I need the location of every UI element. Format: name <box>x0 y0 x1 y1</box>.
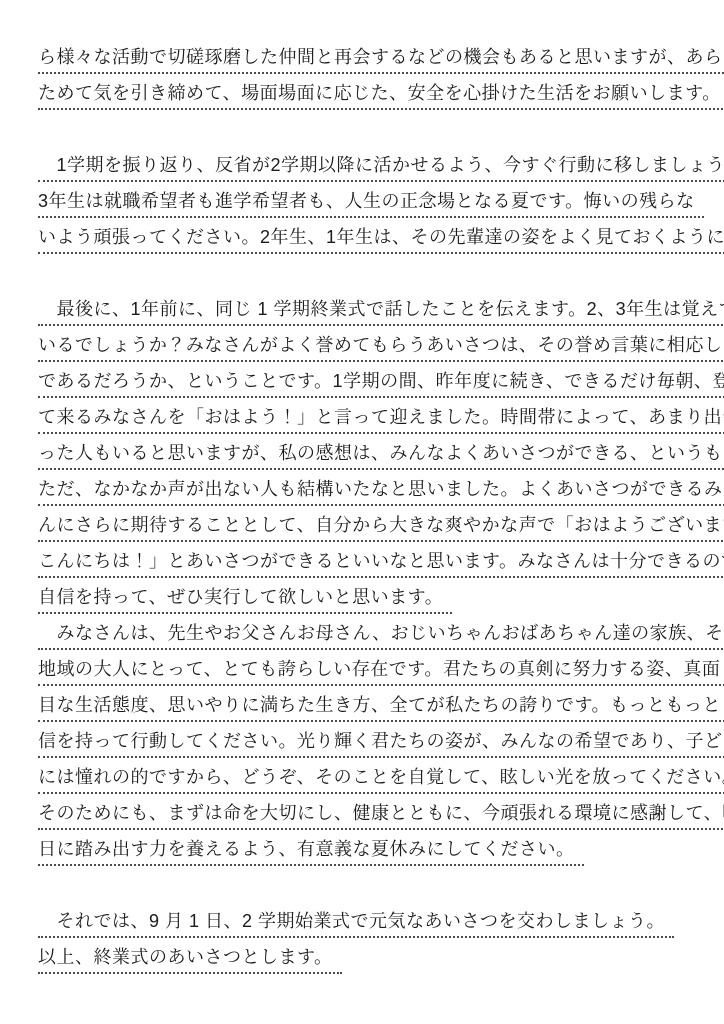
line-text: ただ、なかなか声が出ない人も結構いたなと思いました。よくあいさつができるみなさ <box>38 476 724 506</box>
text-line: 信を持って行動してください。光り輝く君たちの姿が、みんなの希望であり、子ども達 <box>38 722 706 758</box>
text-line: 最後に、1年前に、同じ 1 学期終業式で話したことを伝えます。2、3年生は覚えて <box>38 290 706 326</box>
text-line: んにさらに期待することとして、自分から大きな爽やかな声で「おはようございます！、 <box>38 506 706 542</box>
line-text: ら様々な活動で切磋琢磨した仲間と再会するなどの機会もあると思いますが、あら <box>38 44 724 74</box>
line-text: であるだろうか、ということです。1学期の間、昨年度に続き、できるだけ毎朝、登校し <box>38 368 724 398</box>
text-line: 1学期を振り返り、反省が2学期以降に活かせるよう、今すぐ行動に移しましょう。 <box>38 146 706 182</box>
blank-line <box>38 866 706 902</box>
text-line: った人もいると思いますが、私の感想は、みんなよくあいさつができる、というものです… <box>38 434 706 470</box>
text-line: て来るみなさんを「おはよう！」と言って迎えました。時間帯によって、あまり出会わな… <box>38 398 706 434</box>
line-text: 目な生活態度、思いやりに満ちた生き方、全てが私たちの誇りです。もっともっと自 <box>38 692 724 722</box>
document-page: ら様々な活動で切磋琢磨した仲間と再会するなどの機会もあると思いますが、あら ため… <box>0 0 724 1024</box>
line-text: 3年生は就職希望者も進学希望者も、人生の正念場となる夏です。悔いの残らな <box>38 188 704 218</box>
line-text: いよう頑張ってください。2年生、1年生は、その先輩達の姿をよく見ておくように。 <box>38 224 724 254</box>
line-text: った人もいると思いますが、私の感想は、みんなよくあいさつができる、というものです… <box>38 440 724 470</box>
line-text: そのためにも、まずは命を大切にし、健康とともに、今頑張れる環境に感謝して、明 <box>38 800 724 830</box>
line-text: 自信を持って、ぜひ実行して欲しいと思います。 <box>38 584 452 614</box>
text-line: 自信を持って、ぜひ実行して欲しいと思います。 <box>38 578 706 614</box>
line-text: 信を持って行動してください。光り輝く君たちの姿が、みんなの希望であり、子ども達 <box>38 728 724 758</box>
text-line: こんにちは！」とあいさつができるといいなと思います。みなさんは十分できるので、 <box>38 542 706 578</box>
line-text: 最後に、1年前に、同じ 1 学期終業式で話したことを伝えます。2、3年生は覚えて <box>38 296 724 326</box>
text-line: には憧れの的ですから、どうぞ、そのことを自覚して、眩しい光を放ってください。 <box>38 758 706 794</box>
line-text: んにさらに期待することとして、自分から大きな爽やかな声で「おはようございます！、 <box>38 512 724 542</box>
text-line: 3年生は就職希望者も進学希望者も、人生の正念場となる夏です。悔いの残らな <box>38 182 706 218</box>
line-text: には憧れの的ですから、どうぞ、そのことを自覚して、眩しい光を放ってください。 <box>38 764 724 794</box>
text-line: それでは、9 月 1 日、2 学期始業式で元気なあいさつを交わしましょう。 <box>38 902 706 938</box>
line-text: 1学期を振り返り、反省が2学期以降に活かせるよう、今すぐ行動に移しましょう。 <box>38 152 724 182</box>
text-line: ら様々な活動で切磋琢磨した仲間と再会するなどの機会もあると思いますが、あら <box>38 38 706 74</box>
line-text: それでは、9 月 1 日、2 学期始業式で元気なあいさつを交わしましょう。 <box>38 908 674 938</box>
text-line: いよう頑張ってください。2年生、1年生は、その先輩達の姿をよく見ておくように。 <box>38 218 706 254</box>
text-line: ためて気を引き締めて、場面場面に応じた、安全を心掛けた生活をお願いします。 <box>38 74 706 110</box>
text-line: であるだろうか、ということです。1学期の間、昨年度に続き、できるだけ毎朝、登校し <box>38 362 706 398</box>
text-line: 目な生活態度、思いやりに満ちた生き方、全てが私たちの誇りです。もっともっと自 <box>38 686 706 722</box>
line-text: て来るみなさんを「おはよう！」と言って迎えました。時間帯によって、あまり出会わな… <box>38 404 724 434</box>
blank-line <box>38 254 706 290</box>
line-text: ためて気を引き締めて、場面場面に応じた、安全を心掛けた生活をお願いします。 <box>38 80 724 110</box>
blank-line <box>38 110 706 146</box>
line-text: こんにちは！」とあいさつができるといいなと思います。みなさんは十分できるので、 <box>38 548 724 578</box>
text-line: 以上、終業式のあいさつとします。 <box>38 938 706 974</box>
line-text: いるでしょうか？みなさんがよく誉めてもらうあいさつは、その誉め言葉に相応しいもの <box>38 332 724 362</box>
text-line: 地域の大人にとって、とても誇らしい存在です。君たちの真剣に努力する姿、真面 <box>38 650 706 686</box>
text-line: 日に踏み出す力を養えるよう、有意義な夏休みにしてください。 <box>38 830 706 866</box>
line-text: 日に踏み出す力を養えるよう、有意義な夏休みにしてください。 <box>38 836 584 866</box>
line-text: 地域の大人にとって、とても誇らしい存在です。君たちの真剣に努力する姿、真面 <box>38 656 724 686</box>
text-line: ただ、なかなか声が出ない人も結構いたなと思いました。よくあいさつができるみなさ <box>38 470 706 506</box>
text-line: いるでしょうか？みなさんがよく誉めてもらうあいさつは、その誉め言葉に相応しいもの <box>38 326 706 362</box>
text-line: そのためにも、まずは命を大切にし、健康とともに、今頑張れる環境に感謝して、明 <box>38 794 706 830</box>
line-text: みなさんは、先生やお父さんお母さん、おじいちゃんおばあちゃん達の家族、そして <box>38 620 724 650</box>
line-text: 以上、終業式のあいさつとします。 <box>38 944 342 974</box>
text-line: みなさんは、先生やお父さんお母さん、おじいちゃんおばあちゃん達の家族、そして <box>38 614 706 650</box>
